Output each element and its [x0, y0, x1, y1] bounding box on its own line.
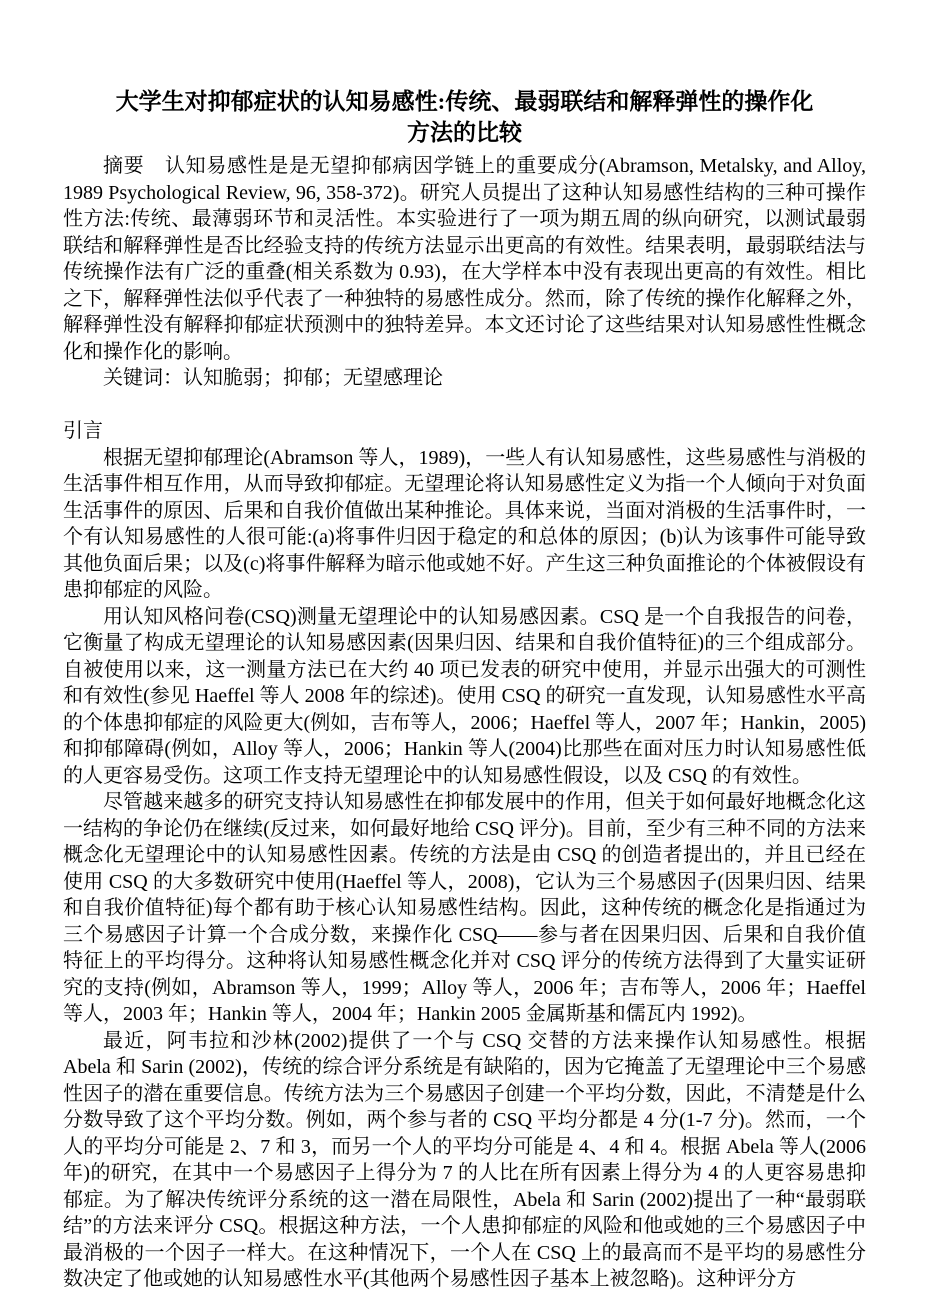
- blank-line-spacer: [63, 392, 866, 419]
- intro-paragraph-4: 最近，阿韦拉和沙林(2002)提供了一个与 CSQ 交替的方法来操作认知易感性。…: [63, 1028, 866, 1293]
- intro-paragraph-1: 根据无望抑郁理论(Abramson 等人，1989)，一些人有认知易感性，这些易…: [63, 445, 866, 604]
- section-heading-introduction: 引言: [63, 418, 866, 445]
- document-page: 大学生对抑郁症状的认知易感性:传统、最弱联结和解释弹性的操作化方法的比较 摘要 …: [0, 0, 926, 1309]
- abstract-paragraph: 摘要 认知易感性是是无望抑郁病因学链上的重要成分(Abramson, Metal…: [63, 153, 866, 365]
- intro-paragraph-3: 尽管越来越多的研究支持认知易感性在抑郁发展中的作用，但关于如何最好地概念化这一结…: [63, 789, 866, 1028]
- intro-paragraph-2: 用认知风格问卷(CSQ)测量无望理论中的认知易感因素。CSQ 是一个自我报告的问…: [63, 604, 866, 790]
- keywords-line: 关键词：认知脆弱；抑郁；无望感理论: [63, 365, 866, 392]
- paper-title: 大学生对抑郁症状的认知易感性:传统、最弱联结和解释弹性的操作化方法的比较: [109, 86, 821, 148]
